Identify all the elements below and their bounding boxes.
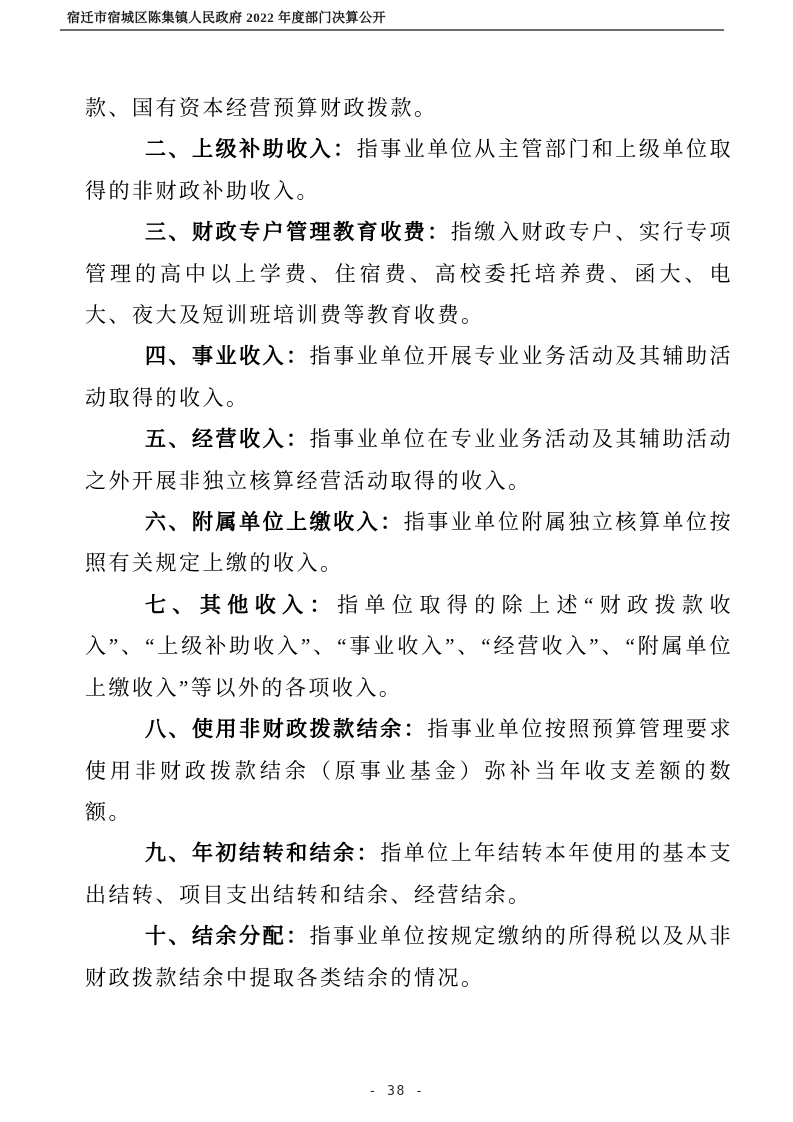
section-term: 四、事业收入： xyxy=(145,344,310,368)
header-title: 宿迁市宿城区陈集镇人民政府 2022 年度部门决算公开 xyxy=(67,10,724,26)
section-paragraph-5: 五、经营收入：指事业单位在专业业务活动及其辅助活动之外开展非独立核算经营活动取得… xyxy=(85,419,733,502)
paragraph-text: 款、国有资本经营预算财政拨款。 xyxy=(85,96,438,120)
section-paragraph-8: 八、使用非财政拨款结余：指事业单位按照预算管理要求使用非财政拨款结余（原事业基金… xyxy=(85,709,733,833)
page-header: 宿迁市宿城区陈集镇人民政府 2022 年度部门决算公开 xyxy=(60,8,724,31)
section-paragraph-4: 四、事业收入：指事业单位开展专业业务活动及其辅助活动取得的收入。 xyxy=(85,336,733,419)
paragraph-continuation: 款、国有资本经营预算财政拨款。 xyxy=(85,88,733,129)
document-body: 款、国有资本经营预算财政拨款。 二、上级补助收入：指事业单位从主管部门和上级单位… xyxy=(85,88,733,999)
section-term: 二、上级补助收入： xyxy=(145,137,357,161)
section-term: 三、财政专户管理教育收费： xyxy=(145,220,451,244)
section-paragraph-2: 二、上级补助收入：指事业单位从主管部门和上级单位取得的非财政补助收入。 xyxy=(85,129,733,212)
section-term: 八、使用非财政拨款结余： xyxy=(145,717,427,741)
section-term: 九、年初结转和结余： xyxy=(145,841,380,865)
section-term: 七、其他收入： xyxy=(145,593,337,617)
section-paragraph-6: 六、附属单位上缴收入：指事业单位附属独立核算单位按照有关规定上缴的收入。 xyxy=(85,502,733,585)
section-term: 十、结余分配： xyxy=(145,924,310,948)
section-term: 六、附属单位上缴收入： xyxy=(145,510,404,534)
page-footer: - 38 - xyxy=(0,1082,793,1100)
page-number: - 38 - xyxy=(369,1084,425,1099)
section-paragraph-9: 九、年初结转和结余：指单位上年结转本年使用的基本支出结转、项目支出结转和结余、经… xyxy=(85,833,733,916)
document-page: { "header": { "title": "宿迁市宿城区陈集镇人民政府 20… xyxy=(0,0,793,1122)
section-term: 五、经营收入： xyxy=(145,427,310,451)
section-paragraph-7: 七、其他收入：指单位取得的除上述“财政拨款收入”、“上级补助收入”、“事业收入”… xyxy=(85,585,733,709)
section-paragraph-10: 十、结余分配：指事业单位按规定缴纳的所得税以及从非财政拨款结余中提取各类结余的情… xyxy=(85,916,733,999)
section-paragraph-3: 三、财政专户管理教育收费：指缴入财政专户、实行专项管理的高中以上学费、住宿费、高… xyxy=(85,212,733,336)
